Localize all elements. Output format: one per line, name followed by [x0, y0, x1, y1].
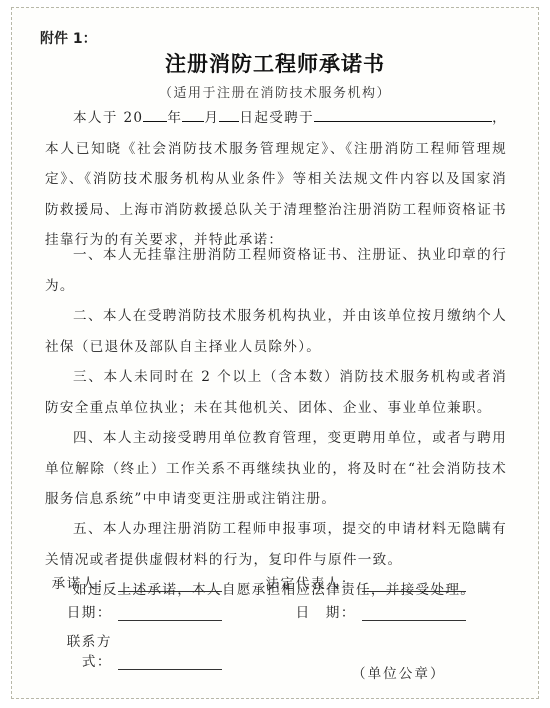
- document-title: 注册消防工程师承诺书: [0, 48, 550, 78]
- intro-paragraph: 本人于 20年月日起受聘于，本人已知晓《社会消防技术服务管理规定》、《注册消防工…: [45, 103, 507, 256]
- contact-label: 联系方式：: [40, 630, 112, 670]
- legal-rep-field[interactable]: [362, 579, 466, 592]
- legal-rep-date-row: 日 期：: [262, 601, 472, 621]
- document-subtitle: （适用于注册在消防技术服务机构）: [0, 82, 550, 101]
- contact-field[interactable]: [118, 657, 222, 670]
- commitment-2: 二、本人在受聘消防技术服务机构执业，并由该单位按月缴纳个人社保（已退休及部队自主…: [45, 301, 507, 362]
- promisor-date-row: 日期：: [40, 601, 230, 621]
- attachment-label: 附件 1：: [40, 28, 97, 48]
- legal-rep-date-field[interactable]: [362, 608, 466, 621]
- commitment-5: 五、本人办理注册消防工程师申报事项，提交的申请材料无隐瞒有关情况或者提供虚假材料…: [45, 514, 507, 575]
- promisor-date-field[interactable]: [118, 608, 222, 621]
- legal-rep-date-label: 日 期：: [262, 601, 356, 621]
- employer-blank[interactable]: [314, 107, 492, 122]
- month-blank[interactable]: [182, 107, 204, 122]
- legal-rep-row: 法定代表人：: [262, 572, 472, 592]
- promisor-date-label: 日期：: [40, 601, 112, 621]
- contact-row: 联系方式：: [40, 630, 230, 670]
- intro-text-rest: 人已知晓《社会消防技术服务管理规定》、《注册消防工程师管理规定》、《消防技术服务…: [45, 141, 507, 249]
- promisor-field[interactable]: [118, 579, 222, 592]
- intro-text-2: 年: [167, 110, 182, 126]
- commitment-3: 三、本人未同时在 2 个以上（含本数）消防技术服务机构或者消防安全重点单位执业；…: [45, 362, 507, 423]
- commitment-4: 四、本人主动接受聘用单位教育管理，变更聘用单位，或者与聘用单位解除（终止）工作关…: [45, 423, 507, 515]
- intro-text-3: 月: [204, 110, 219, 126]
- unit-seal-label: （单位公章）: [352, 662, 446, 682]
- legal-rep-label: 法定代表人：: [262, 572, 356, 592]
- intro-text-4: 日起受聘于: [239, 110, 314, 126]
- promisor-row: 承诺人：: [40, 572, 230, 592]
- day-blank[interactable]: [219, 107, 239, 122]
- promisor-label: 承诺人：: [40, 572, 112, 592]
- intro-text-1: 本人于 20: [73, 110, 143, 126]
- commitment-1: 一、本人无挂靠注册消防工程师资格证书、注册证、执业印章的行为。: [45, 240, 507, 301]
- year-blank[interactable]: [143, 107, 167, 122]
